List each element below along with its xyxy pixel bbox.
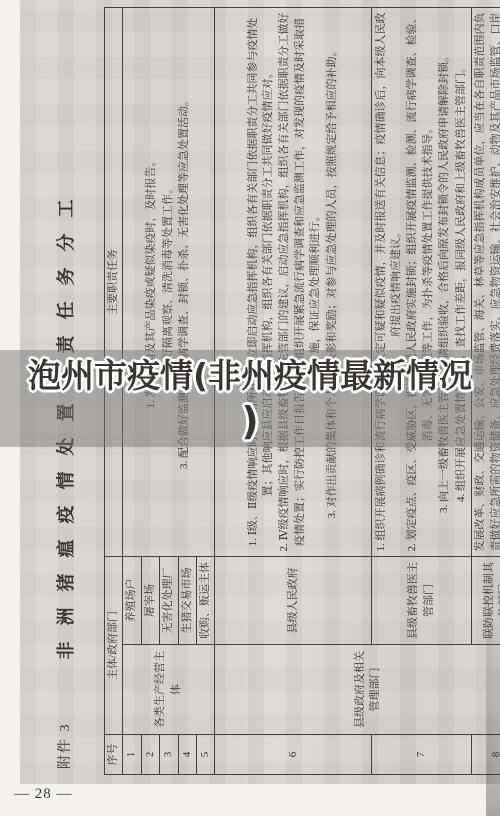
entity-cell: 县级人民政府 [215, 557, 372, 645]
task-item: 3. 对作出贡献的集体和个人进行表彰和奖励；对参与应急处理的人员，按照规定给予相… [325, 11, 340, 553]
task-item: 1. Ⅰ级、Ⅱ级疫情响应时，疫情所在县应立即启动应急指挥机构，组织各有关部门依据… [246, 11, 277, 553]
watermark-line1: 泡州市疫情(非州疫情最新情况 [28, 354, 472, 398]
task-item: 2. 做好隔离观察、清洗消毒等处置工作。 [161, 11, 176, 553]
header-entity: 主体/政府部门 [105, 557, 123, 735]
entity-cell: 县级畜牧兽医主管部门 [372, 557, 472, 645]
seq-cell: 5 [196, 735, 214, 775]
page-number: — 28 — [14, 786, 73, 803]
seq-cell: 7 [372, 735, 472, 775]
task-item: 2. Ⅳ级疫情响应时，根据县级畜牧兽医主管部门的建议，启动应急指挥机构，组织各有… [277, 11, 323, 553]
task-item: 4. 组织开展应急处置情况总结，查找工作差距，报同级人民政府和上级畜牧兽医主管部… [454, 11, 469, 553]
task-item: 2. 划定疫点、疫区、受威胁区，报请同级人民政府实施封锁；组织开展疫情监测、检测… [405, 11, 436, 553]
header-tasks: 主要职责任务 [105, 8, 123, 557]
group-cell-government: 县级政府及相关管理部门 [215, 645, 500, 735]
seq-cell: 1 [123, 735, 141, 775]
task-item: 1. 发现生猪及其产品染疫或疑似染疫时，及时报告。 [144, 11, 159, 553]
task-item: 3. 向上一级畜牧兽医主管部门申请组织验收，合格后向原发布封锁令的人民政府申请解… [437, 11, 452, 553]
seq-cell: 6 [215, 735, 372, 775]
tasks-cell-veterinary-dept: 1. 组织开展病例确诊和流行病学调查，认定可疑和疑似疫情，并及时报送有关信息；疫… [372, 8, 472, 557]
task-item: 3. 配合做好监测、流行病学调查、封锁、扑杀、无害化处理等应急处置活动。 [177, 11, 192, 553]
entity-cell: 养殖场户 [123, 557, 141, 645]
watermark-line2: ) [241, 398, 258, 444]
group-cell-producers: 各类生产经营主体 [123, 645, 215, 735]
tasks-cell-producers: 1. 发现生猪及其产品染疫或疑似染疫时，及时报告。 2. 做好隔离观察、清洗消毒… [123, 8, 215, 557]
entity-cell: 收购、贩运主体 [196, 557, 214, 645]
seq-cell: 4 [178, 735, 196, 775]
header-seq: 序号 [105, 735, 123, 775]
task-item: 1. 组织开展病例确诊和流行病学调查，认定可疑和疑似疫情，并及时报送有关信息；疫… [374, 11, 405, 553]
tasks-cell-county-government: 1. Ⅰ级、Ⅱ级疫情响应时，疫情所在县应立即启动应急指挥机构，组织各有关部门依据… [215, 8, 372, 557]
scan-edge-smudge [486, 400, 500, 816]
seq-cell: 2 [141, 735, 159, 775]
seq-cell: 3 [160, 735, 178, 775]
entity-cell: 无害化处理厂 [160, 557, 178, 645]
document-page: 附件 3 非洲猪瘟疫情处置职责任务分工 序号 主体/政府部门 主要职责任务 1 … [0, 0, 500, 816]
entity-cell: 屠宰场 [141, 557, 159, 645]
entity-cell: 生猪交易市场 [178, 557, 196, 645]
watermark-caption: 泡州市疫情(非州疫情最新情况 ) [0, 350, 500, 447]
